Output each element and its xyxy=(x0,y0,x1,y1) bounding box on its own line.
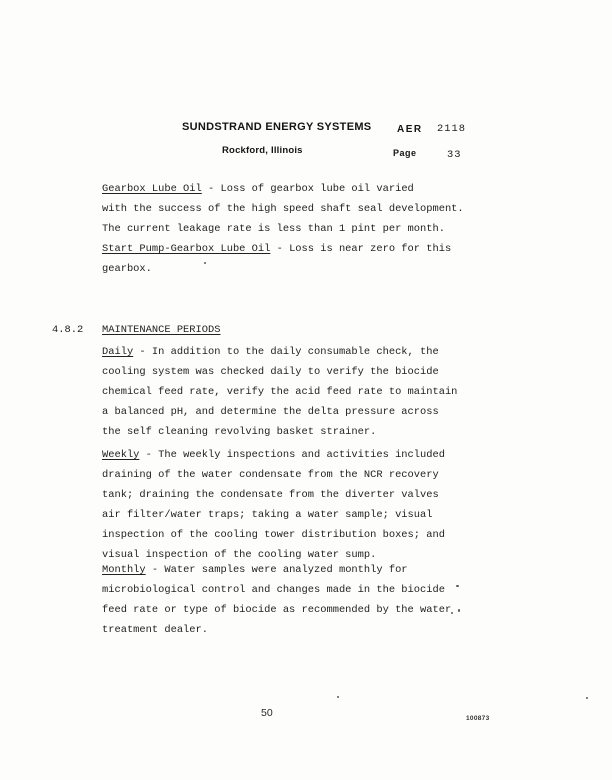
scan-speck xyxy=(337,696,339,698)
para-weekly-maintenance: Weekly - The weekly inspections and acti… xyxy=(102,445,445,565)
text-line: Weekly - The weekly inspections and acti… xyxy=(102,445,445,465)
letterhead-company: SUNDSTRAND ENERGY SYSTEMS xyxy=(182,121,371,133)
text-line: tank; draining the condensate from the d… xyxy=(102,485,445,505)
text-line: The current leakage rate is less than 1 … xyxy=(102,219,464,239)
text-line: Start Pump-Gearbox Lube Oil - Loss is ne… xyxy=(102,239,464,259)
text-line: Monthly - Water samples were analyzed mo… xyxy=(102,560,451,580)
text-line: a balanced pH, and determine the delta p… xyxy=(102,402,457,422)
text-line: with the success of the high speed shaft… xyxy=(102,199,464,219)
text-line: chemical feed rate, verify the acid feed… xyxy=(102,382,457,402)
text-line: inspection of the cooling tower distribu… xyxy=(102,525,445,545)
text-line: Gearbox Lube Oil - Loss of gearbox lube … xyxy=(102,179,464,199)
text-line: the self cleaning revolving basket strai… xyxy=(102,422,457,442)
section-number: 4.8.2 xyxy=(52,320,83,340)
section-heading: MAINTENANCE PERIODS xyxy=(102,320,220,340)
footer-doc-id: 100873 xyxy=(466,715,490,722)
text-line: microbiological control and changes made… xyxy=(102,580,451,600)
text-line: draining of the water condensate from th… xyxy=(102,465,445,485)
para-monthly-maintenance: Monthly - Water samples were analyzed mo… xyxy=(102,560,451,640)
text-line: air filter/water traps; taking a water s… xyxy=(102,505,445,525)
scan-speck xyxy=(586,697,588,699)
scan-speck xyxy=(451,612,453,614)
para-daily-maintenance: Daily - In addition to the daily consuma… xyxy=(102,342,457,442)
text-line: treatment dealer. xyxy=(102,620,451,640)
scan-speck xyxy=(458,609,460,612)
scan-speck xyxy=(456,585,459,587)
page-ref-number: 33 xyxy=(447,149,461,161)
page-ref-label: Page xyxy=(393,148,417,158)
letterhead-location: Rockford, Illinois xyxy=(222,145,303,156)
text-line: feed rate or type of biocide as recommen… xyxy=(102,600,451,620)
para-gearbox-lube-oil: Gearbox Lube Oil - Loss of gearbox lube … xyxy=(102,179,464,279)
document-page: SUNDSTRAND ENERGY SYSTEMS Rockford, Illi… xyxy=(0,0,612,780)
text-line: gearbox. xyxy=(102,259,464,279)
scan-speck xyxy=(204,262,206,264)
text-line: cooling system was checked daily to veri… xyxy=(102,362,457,382)
footer-page-number: 50 xyxy=(261,707,273,719)
text-line: Daily - In addition to the daily consuma… xyxy=(102,342,457,362)
doc-ref-label: AER xyxy=(397,124,423,135)
doc-ref-number: 2118 xyxy=(437,123,466,135)
